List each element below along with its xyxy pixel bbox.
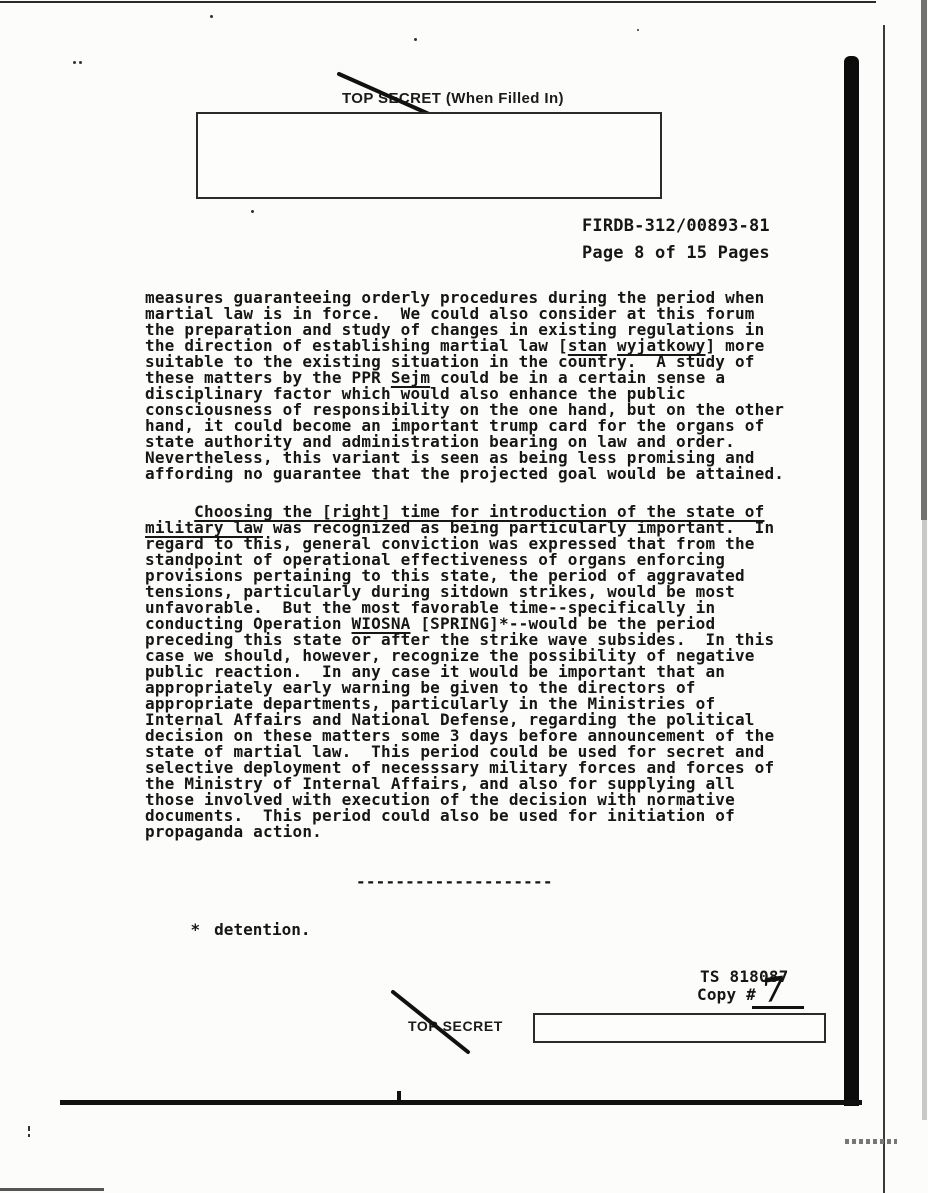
paragraph-choosing-time: Choosing the [right] time for introducti… xyxy=(145,504,835,840)
scan-binding-black-bar xyxy=(844,56,859,1106)
scan-speck xyxy=(637,29,639,31)
document-body: measures guaranteeing orderly procedures… xyxy=(145,290,835,840)
scan-speck xyxy=(28,1134,30,1137)
page-count-label: Page 8 of 15 Pages xyxy=(582,243,770,263)
redacted-header-box xyxy=(196,112,662,199)
scan-dash-smudge xyxy=(845,1139,897,1144)
copy-number-label: Copy # xyxy=(697,985,756,1004)
scan-right-thin-line xyxy=(883,25,885,1193)
footnote-asterisk: * xyxy=(191,920,201,939)
scan-bottom-rule xyxy=(60,1100,862,1105)
footnote: *detention. xyxy=(152,901,311,958)
scanned-document-page: TOP SECRET (When Filled In) FIRDB-312/00… xyxy=(0,0,928,1193)
scan-speck xyxy=(79,61,82,64)
scan-bottom-rule-tick xyxy=(397,1091,401,1101)
footnote-separator: -------------------- xyxy=(356,872,553,891)
scan-right-edge-smudge xyxy=(922,520,927,1120)
redacted-footer-box xyxy=(533,1013,826,1043)
document-number: FIRDB-312/00893-81 xyxy=(582,216,770,236)
scan-speck xyxy=(73,61,76,64)
scan-speck xyxy=(251,210,254,213)
scan-speck xyxy=(28,1126,30,1131)
scan-right-edge-smudge xyxy=(921,0,927,520)
scan-speck xyxy=(414,38,417,41)
scan-top-edge-line xyxy=(0,1,876,3)
scan-bottom-left-line xyxy=(0,1188,104,1191)
scan-speck xyxy=(210,15,213,18)
footnote-text: detention. xyxy=(214,920,310,939)
strike-through-line xyxy=(386,986,478,1060)
paragraph-martial-law-measures: measures guaranteeing orderly procedures… xyxy=(145,290,835,482)
